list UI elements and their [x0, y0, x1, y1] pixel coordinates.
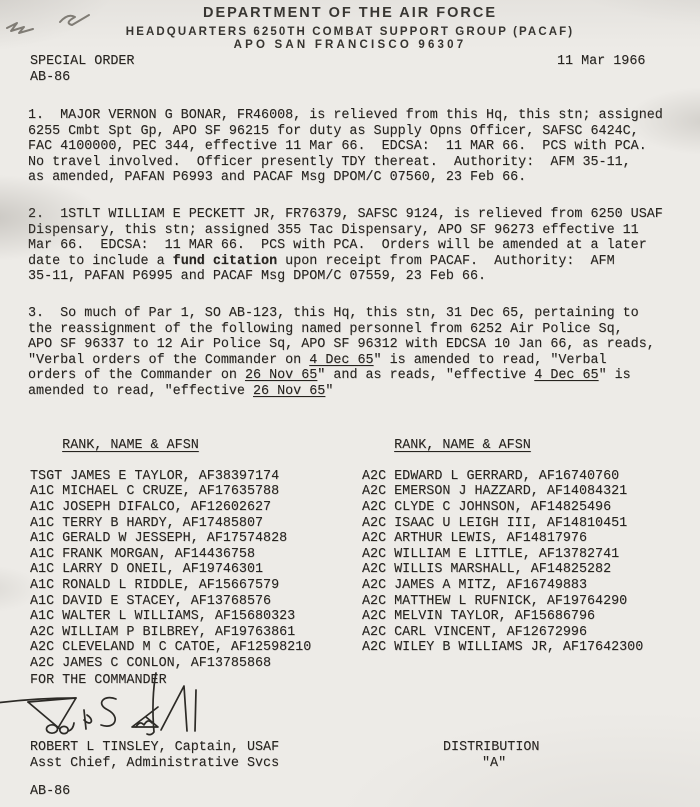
roster-header-left: RANK, NAME & AFSN: [62, 438, 207, 454]
roster-list-left: TSGT JAMES E TAYLOR, AF38397174A1C MICHA…: [30, 469, 311, 672]
roster-row: TSGT JAMES E TAYLOR, AF38397174: [30, 469, 311, 485]
roster-row: A2C CARL VINCENT, AF12672996: [362, 625, 643, 641]
paragraph-1: 1. MAJOR VERNON G BONAR, FR46008, is rel…: [28, 108, 663, 186]
footer-order-number: AB-86: [30, 784, 70, 800]
special-order-label: SPECIAL ORDER: [30, 54, 134, 70]
roster-list-right: A2C EDWARD L GERRARD, AF16740760A2C EMER…: [362, 469, 643, 656]
letterhead-address: APO SAN FRANCISCO 96307: [0, 38, 700, 54]
roster-row: A2C JAMES A MITZ, AF16749883: [362, 578, 643, 594]
order-number: AB-86: [30, 70, 70, 86]
signer-title-line: Asst Chief, Administrative Svcs: [30, 756, 279, 772]
roster-row: A1C TERRY B HARDY, AF17485807: [30, 516, 311, 532]
roster-row: A2C WILLIAM E LITTLE, AF13782741: [362, 547, 643, 563]
paragraph-3: 3. So much of Par 1, SO AB-123, this Hq,…: [28, 306, 655, 400]
roster-row: A2C MELVIN TAYLOR, AF15686796: [362, 609, 643, 625]
roster-row: A1C MICHAEL C CRUZE, AF17635788: [30, 484, 311, 500]
signature-handwriting: [0, 668, 210, 748]
roster-row: A2C CLYDE C JOHNSON, AF14825496: [362, 500, 643, 516]
roster-row: A1C RONALD L RIDDLE, AF15667579: [30, 578, 311, 594]
roster-row: A2C EDWARD L GERRARD, AF16740760: [362, 469, 643, 485]
roster-row: A1C WALTER L WILLIAMS, AF15680323: [30, 609, 311, 625]
roster-row: A1C FRANK MORGAN, AF14436758: [30, 547, 311, 563]
roster-row: A2C CLEVELAND M C CATOE, AF12598210: [30, 640, 311, 656]
roster-row: A2C MATTHEW L RUFNICK, AF19764290: [362, 594, 643, 610]
roster-header-right: RANK, NAME & AFSN: [394, 438, 539, 454]
roster-row: A1C LARRY D ONEIL, AF19746301: [30, 562, 311, 578]
roster-row: A2C ISAAC U LEIGH III, AF14810451: [362, 516, 643, 532]
roster-column-left: RANK, NAME & AFSN TSGT JAMES E TAYLOR, A…: [30, 422, 311, 703]
distribution-value: "A": [482, 756, 506, 772]
distribution-label: DISTRIBUTION: [443, 740, 539, 756]
roster-row: A2C WILLIAM P BILBREY, AF19763861: [30, 625, 311, 641]
scanned-special-order-page: DEPARTMENT OF THE AIR FORCE HEADQUARTERS…: [0, 0, 700, 807]
roster-row: A1C DAVID E STACEY, AF13768576: [30, 594, 311, 610]
roster-row: A1C JOSEPH DIFALCO, AF12602627: [30, 500, 311, 516]
roster-row: A2C ARTHUR LEWIS, AF14817976: [362, 531, 643, 547]
roster-column-right: RANK, NAME & AFSN A2C EDWARD L GERRARD, …: [362, 422, 643, 687]
order-date: 11 Mar 1966: [557, 54, 645, 70]
roster-row: A2C WILLIS MARSHALL, AF14825282: [362, 562, 643, 578]
paragraph-2: 2. 1STLT WILLIAM E PECKETT JR, FR76379, …: [28, 207, 663, 285]
roster-row: A2C EMERSON J HAZZARD, AF14084321: [362, 484, 643, 500]
roster-row: A1C GERALD W JESSEPH, AF17574828: [30, 531, 311, 547]
roster-row: A2C WILEY B WILLIAMS JR, AF17642300: [362, 640, 643, 656]
letterhead-department: DEPARTMENT OF THE AIR FORCE: [0, 6, 700, 22]
signer-name-line: ROBERT L TINSLEY, Captain, USAF: [30, 740, 279, 756]
